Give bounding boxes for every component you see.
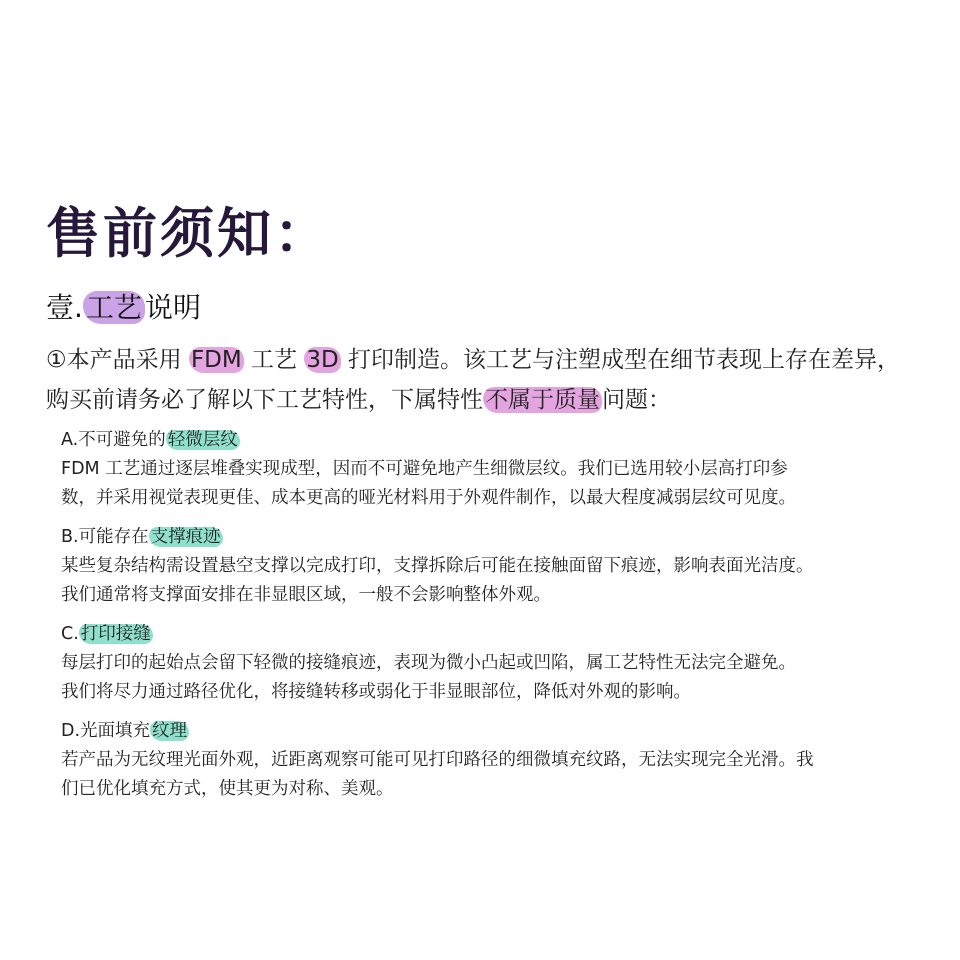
- item-title-highlight: 打印接缝: [79, 624, 153, 644]
- item-body: 每层打印的起始点会留下轻微的接缝痕迹，表现为微小凸起或凹陷，属工艺特性无法完全避…: [61, 649, 931, 707]
- intro-text: 问题：: [602, 387, 671, 413]
- intro-line-1: ①本产品采用 FDM 工艺 3D 打印制造。该工艺与注塑成型在细节表现上存在差异…: [46, 340, 946, 380]
- item-body-line: 我们将尽力通过路径优化，将接缝转移或弱化于非显眼部位，降低对外观的影响。: [61, 678, 931, 707]
- intro-line-2: 购买前请务必了解以下工艺特性，下属特性不属于质量问题：: [46, 380, 946, 420]
- intro-text: ①本产品采用: [46, 347, 182, 373]
- highlight-3d: 3D: [304, 347, 340, 373]
- section-suffix: 说明: [145, 291, 201, 324]
- section-highlight: 工艺: [83, 291, 145, 324]
- list-item-c: C.打印接缝 每层打印的起始点会留下轻微的接缝痕迹，表现为微小凸起或凹陷，属工艺…: [61, 619, 931, 707]
- item-title-prefix: B.可能存在: [61, 527, 149, 547]
- item-title-prefix: D.光面填充: [61, 721, 150, 741]
- page-title: 售前须知：: [46, 196, 331, 272]
- item-body-line: 数，并采用视觉表现更佳、成本更高的哑光材料用于外观件制作，以最大程度减弱层纹可见…: [61, 484, 931, 513]
- highlight-not-quality: 不属于质量: [483, 387, 602, 413]
- item-title-highlight: 支撑痕迹: [149, 527, 223, 547]
- item-body-line: 们已优化填充方式，使其更为对称、美观。: [61, 775, 931, 804]
- item-body: 某些复杂结构需设置悬空支撑以完成打印，支撑拆除后可能在接触面留下痕迹，影响表面光…: [61, 552, 931, 610]
- list-item-b: B.可能存在支撑痕迹 某些复杂结构需设置悬空支撑以完成打印，支撑拆除后可能在接触…: [61, 522, 931, 610]
- section-title: 壹.工艺说明: [46, 288, 201, 328]
- item-title-highlight: 纹理: [150, 721, 189, 741]
- item-body: FDM 工艺通过逐层堆叠实现成型，因而不可避免地产生细微层纹。我们已选用较小层高…: [61, 455, 931, 513]
- item-body-line: 每层打印的起始点会留下轻微的接缝痕迹，表现为微小凸起或凹陷，属工艺特性无法完全避…: [61, 649, 931, 678]
- item-title-prefix: C.: [61, 624, 79, 644]
- item-title: C.打印接缝: [61, 619, 931, 649]
- list-item-a: A.不可避免的轻微层纹 FDM 工艺通过逐层堆叠实现成型，因而不可避免地产生细微…: [61, 425, 931, 513]
- item-body-line: 我们通常将支撑面安排在非显眼区域，一般不会影响整体外观。: [61, 581, 931, 610]
- intro-text: 工艺: [251, 347, 297, 373]
- characteristics-list: A.不可避免的轻微层纹 FDM 工艺通过逐层堆叠实现成型，因而不可避免地产生细微…: [61, 425, 931, 813]
- item-body-line: 若产品为无纹理光面外观，近距离观察可能可见打印路径的细微填充纹路，无法实现完全光…: [61, 746, 931, 775]
- item-body: 若产品为无纹理光面外观，近距离观察可能可见打印路径的细微填充纹路，无法实现完全光…: [61, 746, 931, 804]
- intro-paragraph: ①本产品采用 FDM 工艺 3D 打印制造。该工艺与注塑成型在细节表现上存在差异…: [46, 340, 946, 420]
- item-title: B.可能存在支撑痕迹: [61, 522, 931, 552]
- item-title-highlight: 轻微层纹: [166, 430, 240, 450]
- intro-text: 打印制造。该工艺与注塑成型在细节表现上存在差异，: [348, 347, 900, 373]
- intro-text: 购买前请务必了解以下工艺特性，下属特性: [46, 387, 483, 413]
- item-title-prefix: A.不可避免的: [61, 430, 166, 450]
- section-prefix: 壹: [46, 291, 74, 324]
- item-title: D.光面填充纹理: [61, 716, 931, 746]
- highlight-fdm: FDM: [189, 347, 244, 373]
- section-dot: .: [74, 291, 83, 324]
- list-item-d: D.光面填充纹理 若产品为无纹理光面外观，近距离观察可能可见打印路径的细微填充纹…: [61, 716, 931, 804]
- item-title: A.不可避免的轻微层纹: [61, 425, 931, 455]
- item-body-line: 某些复杂结构需设置悬空支撑以完成打印，支撑拆除后可能在接触面留下痕迹，影响表面光…: [61, 552, 931, 581]
- item-body-line: FDM 工艺通过逐层堆叠实现成型，因而不可避免地产生细微层纹。我们已选用较小层高…: [61, 455, 931, 484]
